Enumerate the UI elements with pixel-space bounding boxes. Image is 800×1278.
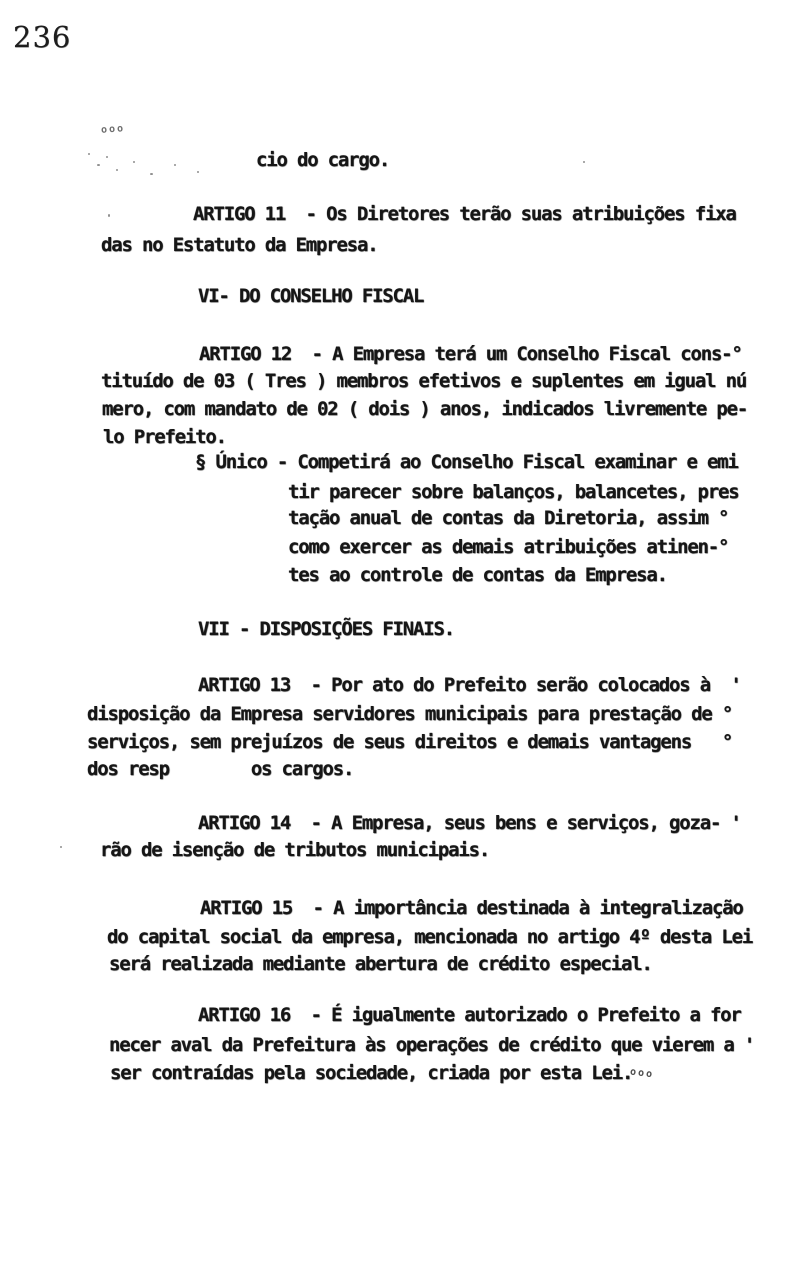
artigo-13-line-3: serviços, sem prejuízos de seus direitos… <box>87 732 732 753</box>
artigo-11-line-2: das no Estatuto da Empresa. <box>101 235 377 256</box>
scan-speckle <box>108 214 110 217</box>
artigo-13-line-1: ARTIGO 13 - Por ato do Prefeito serão co… <box>198 675 741 696</box>
paragrafo-unico-line-1: § Único - Competirá ao Conselho Fiscal e… <box>195 452 738 473</box>
artigo-16-line-2: necer aval da Prefeitura às operações de… <box>109 1035 754 1056</box>
scan-speckle <box>197 171 199 173</box>
scan-speckle <box>116 169 118 171</box>
artigo-14-line-2: rão de isenção de tributos municipais. <box>100 840 489 861</box>
artigo-13-line-4: dos resp os cargos. <box>87 759 353 780</box>
paragrafo-unico-line-2: tir parecer sobre balanços, balancetes, … <box>288 482 739 503</box>
artigo-12-line-2: tituído de 03 ( Tres ) membros efetivos … <box>101 371 746 392</box>
scan-speckle <box>60 846 62 848</box>
artigo-15-line-1: ARTIGO 15 - A importância destinada à in… <box>200 898 743 919</box>
page-number: 236 <box>13 20 71 54</box>
artigo-12-line-1: ARTIGO 12 - A Empresa terá um Conselho F… <box>199 344 742 365</box>
scan-speckle <box>150 173 153 175</box>
scanned-document-page: 236 ooo cio do cargo. ARTIGO 11 - Os Dir… <box>0 0 800 1278</box>
paragrafo-unico-line-4: como exercer as demais atribuições atine… <box>288 537 728 558</box>
stray-ink-mark-top: ooo <box>101 123 126 136</box>
scan-speckle <box>583 161 585 163</box>
artigo-14-line-1: ARTIGO 14 - A Empresa, seus bens e servi… <box>198 813 741 834</box>
artigo-15-line-3: será realizada mediante abertura de créd… <box>109 954 652 975</box>
artigo-16-line-3: ser contraídas pela sociedade, criada po… <box>110 1063 632 1084</box>
paragrafo-unico-line-3: tação anual de contas da Diretoria, assi… <box>288 508 728 529</box>
paragrafo-unico-line-5: tes ao controle de contas da Empresa. <box>288 565 667 586</box>
carryover-line: cio do cargo. <box>256 150 389 171</box>
artigo-15-line-2: do capital social da empresa, mencionada… <box>107 927 752 948</box>
artigo-11-line-1: ARTIGO 11 - Os Diretores terão suas atri… <box>193 204 736 225</box>
scan-speckle <box>88 153 90 155</box>
artigo-12-line-4: lo Prefeito. <box>103 427 226 448</box>
section-vii-heading: VII - DISPOSIÇÕES FINAIS. <box>198 619 454 640</box>
artigo-12-line-3: mero, com mandato de 02 ( dois ) anos, i… <box>102 399 747 420</box>
scan-speckle <box>174 164 176 166</box>
scan-speckle <box>106 156 108 158</box>
artigo-13-line-2: disposição da Empresa servidores municip… <box>87 704 732 725</box>
section-vi-heading: VI- DO CONSELHO FISCAL <box>198 286 423 307</box>
stray-ink-mark-bottom: ooo <box>629 1067 654 1081</box>
scan-speckle <box>97 164 100 166</box>
scan-speckle <box>133 161 135 163</box>
artigo-16-line-1: ARTIGO 16 - É igualmente autorizado o Pr… <box>198 1005 741 1026</box>
